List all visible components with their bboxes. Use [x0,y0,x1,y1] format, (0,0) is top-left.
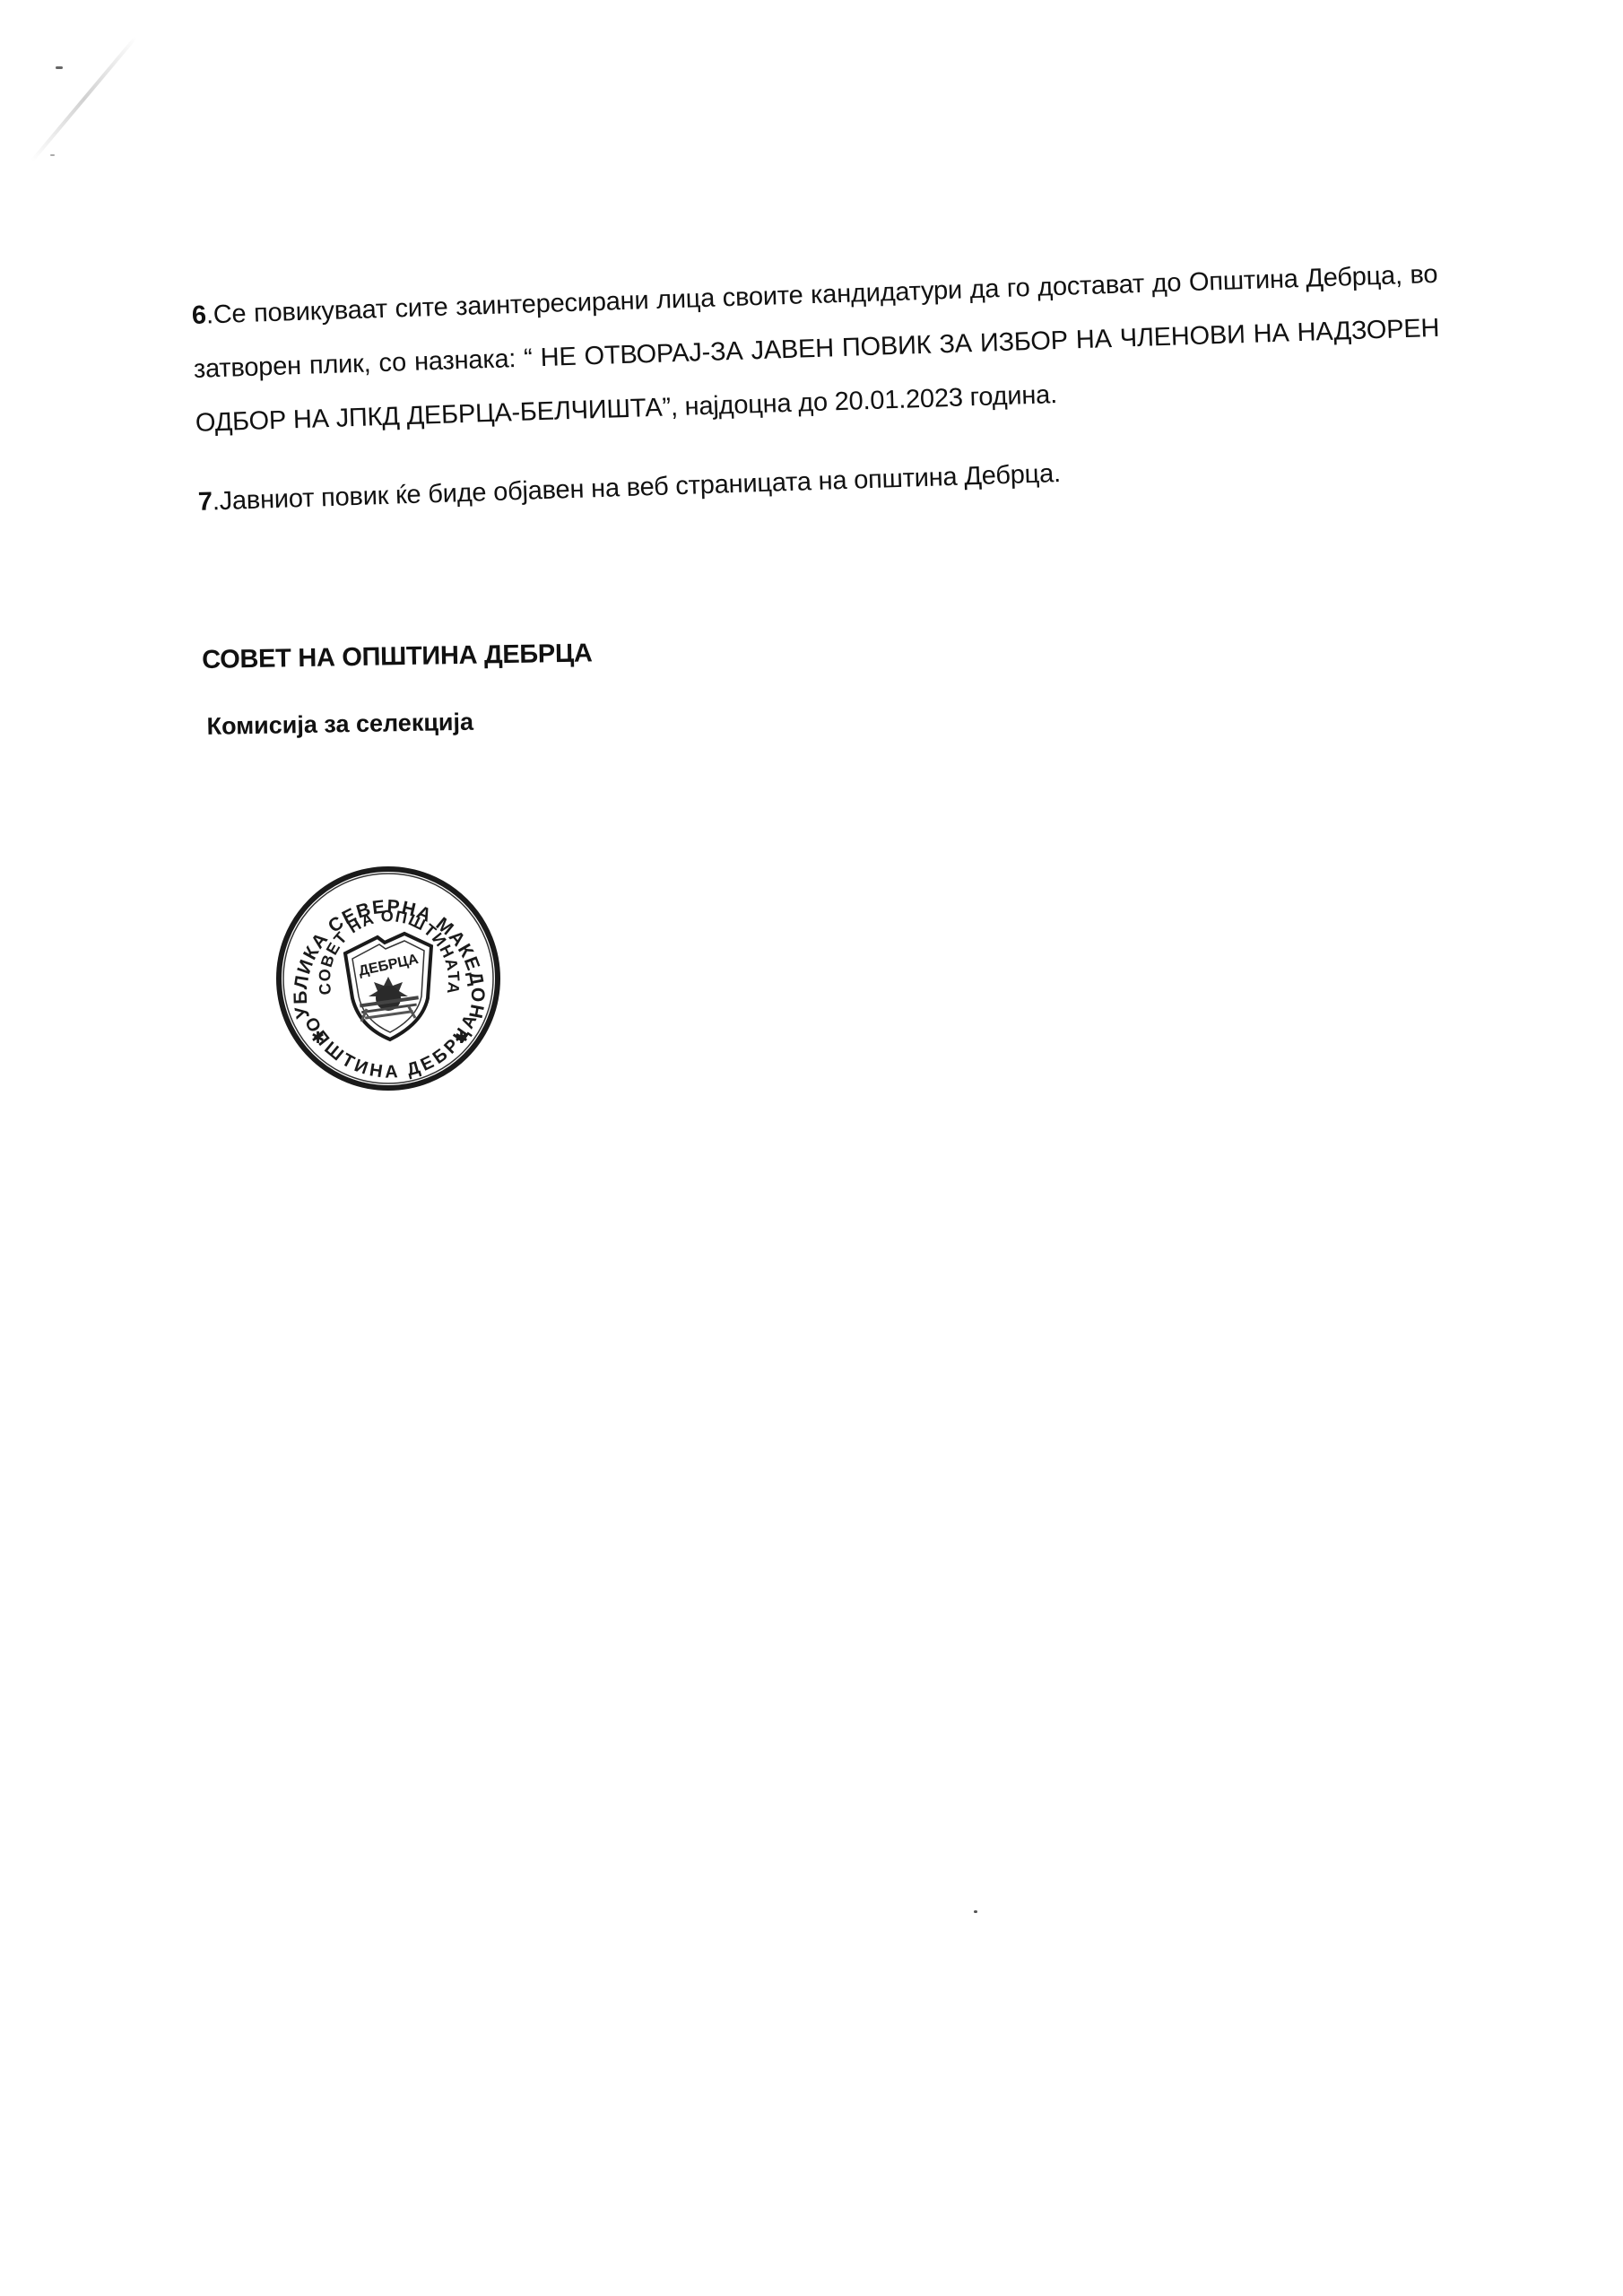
stamp-seal-icon: РЕПУБЛИКА СЕВЕРНА МАКЕДОНИЈА „СОВЕТ НА О… [273,864,503,1093]
item-6-paragraph: 6.Се повикуваат сите заинтересирани лица… [191,248,1442,450]
commission-subtitle: Комисија за селекција [206,706,594,741]
item-6-text: .Се повикуваат сите заинтересирани лица … [193,260,1439,438]
item-7-paragraph: 7.Јавниот повик ќе биде објавен на веб с… [197,434,1445,529]
document-body: 6.Се повикуваат сите заинтересирани лица… [191,248,1445,529]
scan-artifact-dot [974,1910,977,1913]
item-7-text: .Јавниот повик ќе биде објавен на веб ст… [212,459,1061,516]
signature-block: СОВЕТ НА ОПШТИНА ДЕБРЦА Комисија за селе… [202,639,594,741]
document-page: 6.Се повикуваат сите заинтересирани лица… [0,0,1623,2296]
scan-artifact-streak [30,36,137,161]
scan-artifact-dot [56,66,63,69]
official-stamp: РЕПУБЛИКА СЕВЕРНА МАКЕДОНИЈА „СОВЕТ НА О… [273,864,503,1093]
stamp-separator-right: ✱ [455,1029,468,1047]
item-6-number: 6 [191,300,206,330]
scan-artifact-dot [50,154,55,156]
item-7-number: 7 [197,487,213,517]
council-title: СОВЕТ НА ОПШТИНА ДЕБРЦА [202,639,593,675]
stamp-separator-left: ✱ [311,1029,325,1047]
coat-of-arms-shield-icon: ДЕБРЦА [345,934,431,1039]
